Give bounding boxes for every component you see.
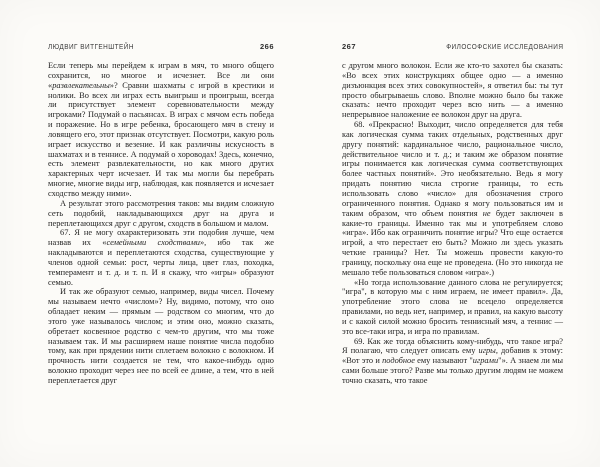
paragraph: 67. Я не могу охарактеризовать эти подоб…: [48, 228, 274, 287]
paragraph: И так же образуют семью, например, виды …: [48, 287, 274, 385]
page-right: 267 ФИЛОСОФСКИЕ ИССЛЕДОВАНИЯ с другом мн…: [342, 42, 563, 386]
paragraph: А результат этого рассмотрения таков: мы…: [48, 199, 274, 229]
page-body-right: с другом много волокон. Если же кто-то з…: [342, 61, 563, 386]
paragraph: 68. «Прекрасно! Выходит, число определяе…: [342, 120, 563, 278]
page-header-left: ЛЮДВИГ ВИТГЕНШТЕЙН 266: [48, 42, 274, 51]
page-number-left: 266: [260, 42, 274, 51]
running-title-right: ФИЛОСОФСКИЕ ИССЛЕДОВАНИЯ: [446, 44, 563, 51]
paragraph: с другом много волокон. Если же кто-то з…: [342, 61, 563, 120]
page-header-right: 267 ФИЛОСОФСКИЕ ИССЛЕДОВАНИЯ: [342, 42, 563, 51]
running-title-left: ЛЮДВИГ ВИТГЕНШТЕЙН: [48, 44, 134, 51]
paragraph: 69. Как же тогда объяснить кому-нибудь, …: [342, 337, 563, 386]
paragraph: «Но тогда использование данного слова не…: [342, 278, 563, 337]
book-spread: ЛЮДВИГ ВИТГЕНШТЕЙН 266 Если теперь мы пе…: [0, 0, 600, 467]
paragraph: Если теперь мы перейдем к играм в мяч, т…: [48, 61, 274, 199]
page-left: ЛЮДВИГ ВИТГЕНШТЕЙН 266 Если теперь мы пе…: [48, 42, 274, 386]
page-number-right: 267: [342, 42, 356, 51]
page-body-left: Если теперь мы перейдем к играм в мяч, т…: [48, 61, 274, 386]
